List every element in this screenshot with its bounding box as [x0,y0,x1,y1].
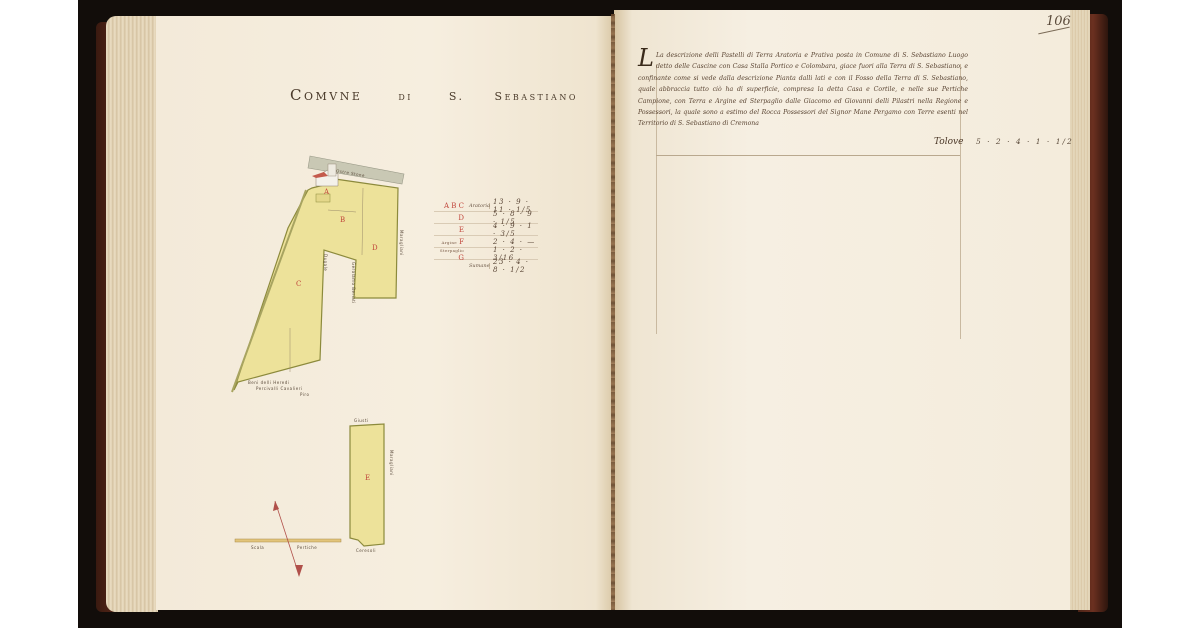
deed-total-value: 5 · 2 · 4 · 1 · 1/2 [976,137,1074,146]
title-word-sebastiano: Sebastiano [495,90,578,103]
row-prefix: Aratoria [467,203,490,209]
border-label-maragliani: Maragliani [399,230,404,256]
parcel-label-c: C [296,280,301,288]
border-label-giusti: Giusti [354,418,369,423]
parcel-label-a: A [323,188,330,196]
row-sublabel: Argine [442,240,457,245]
row-label: A B C [434,202,467,210]
deed-underline [656,155,960,156]
border-label-ceresoli: Ceresoli [356,548,376,553]
row-label: Sterpaglio G [434,246,467,262]
scale-label-right: Pertiche [297,545,317,550]
deed-total-label: Tolove [934,137,963,147]
row-value: 4 · 9 · 1 · 3/5 [490,222,538,238]
row-label: Argine F [434,238,467,246]
border-label-percivalli: Percivalli Cavalieri [256,386,303,391]
north-arrow-icon [275,501,299,575]
row-label: D [434,214,467,222]
tower-icon [328,164,336,176]
row-value: 2 · 4 · — [490,238,538,246]
deed-description: L La descrizione delli Pastelli di Terra… [638,50,968,130]
total-value: 23 · 4 · 8 · 1/2 [490,258,538,274]
table-total-row: Sumane 23 · 4 · 8 · 1/2 [434,260,538,271]
map-title: Comvne di S. Sebastiano [290,86,578,104]
row-label: E [434,226,467,234]
scale-and-compass: Scala Pertiche [233,495,353,585]
total-prefix: Sumane [467,263,490,269]
deed-body: La descrizione delli Pastelli di Terra A… [638,52,968,127]
parcel-label-e: E [365,474,370,482]
parcel-e [350,424,384,546]
area-table: A B C Aratoria 13 · 9 · 11 · 1/5 D 5 · 8… [434,200,538,271]
arrow-tail-icon [295,565,303,577]
border-label-piro: Piro [300,392,309,397]
parcel-abc-d [234,178,398,390]
drop-cap: L [638,48,654,68]
parcel-label-b: B [340,216,345,224]
border-label-dugale: Dugale [323,254,328,271]
book-photograph: Comvne di S. Sebastiano A B C D Ostre St [78,0,1122,628]
border-label-heredi: Beni delli Heredi [248,380,289,385]
title-word-s: S. [449,90,465,103]
book-gutter [611,14,615,610]
border-label-beriati: Gerolamo Beriati [351,262,356,304]
scale-label-left: Scala [251,545,264,550]
title-word-comune: Comvne [290,86,362,104]
table-row: E 4 · 9 · 1 · 3/5 [434,224,538,236]
border-label-maragliani-e: Maragliani [389,450,394,476]
page-edges-left [106,16,158,612]
parcel-label-d: D [372,244,378,252]
page-edges-right [1068,10,1090,610]
row-sublabel: Sterpaglio [440,248,464,253]
title-word-di: di [398,90,413,103]
